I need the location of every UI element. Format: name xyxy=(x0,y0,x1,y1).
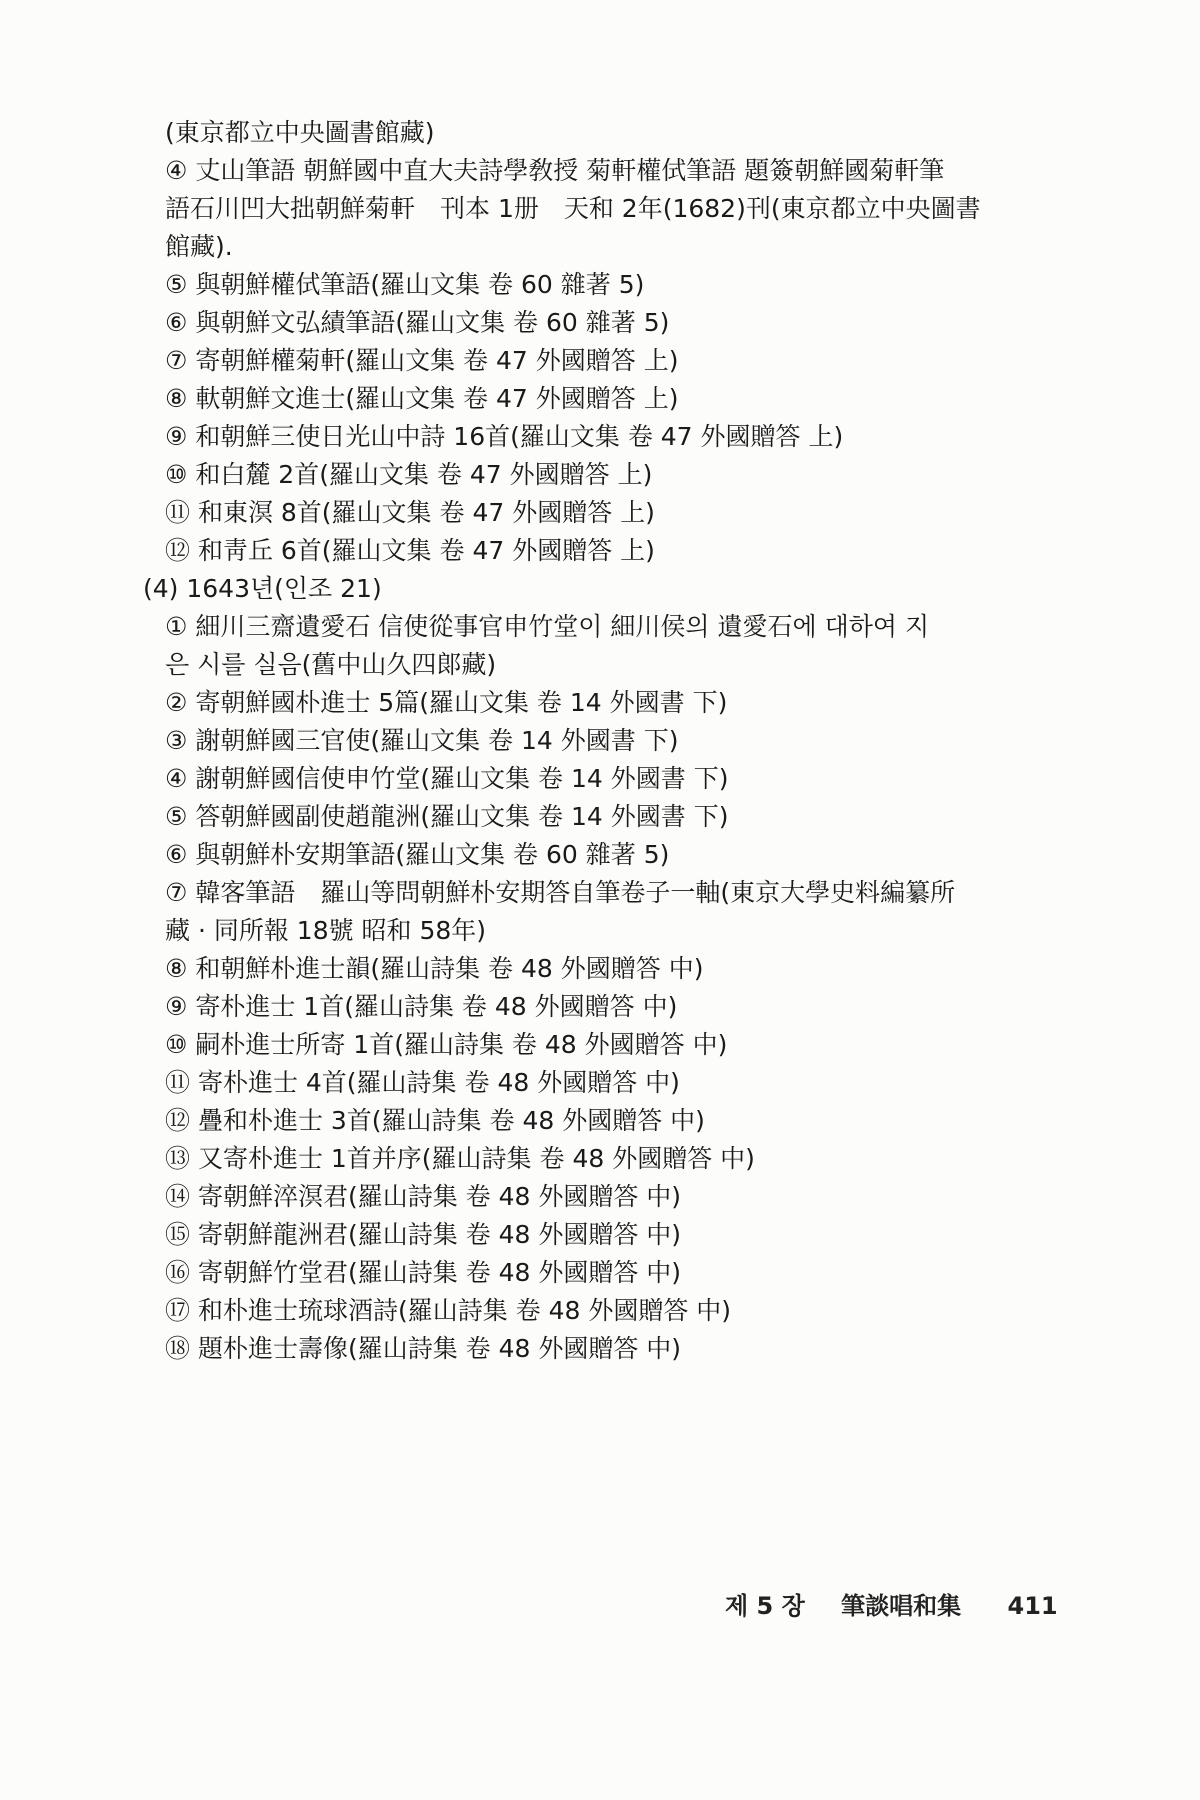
document-page: (東京都立中央圖書館藏) ④ 丈山筆語 朝鮮國中直大夫詩學敎授 菊軒權侙筆語 題… xyxy=(0,0,1200,1800)
list-item: ⑧ 和朝鮮朴進士韻(羅山詩集 卷 48 外國贈答 中) xyxy=(165,952,703,986)
page-footer: 제 5 장 筆談唱和集 411 xyxy=(725,1586,1058,1621)
list-item: ⑨ 寄朴進士 1首(羅山詩集 卷 48 外國贈答 中) xyxy=(165,990,677,1024)
list-item: ⑩ 嗣朴進士所寄 1首(羅山詩集 卷 48 外國贈答 中) xyxy=(165,1028,727,1062)
list-item: ⑧ 軑朝鮮文進士(羅山文集 卷 47 外國贈答 上) xyxy=(165,382,678,416)
list-item: ⑪ 和東溟 8首(羅山文集 卷 47 外國贈答 上) xyxy=(165,496,655,530)
list-item: ③ 謝朝鮮國三官使(羅山文集 卷 14 外國書 下) xyxy=(165,724,678,758)
list-item: ⑯ 寄朝鮮竹堂君(羅山詩集 卷 48 外國贈答 中) xyxy=(165,1256,681,1290)
list-item: ⑥ 與朝鮮文弘績筆語(羅山文集 卷 60 雜著 5) xyxy=(165,306,669,340)
list-item: ④ 丈山筆語 朝鮮國中直大夫詩學敎授 菊軒權侙筆語 題簽朝鮮國菊軒筆 xyxy=(165,154,944,188)
list-item: ⑱ 題朴進士壽像(羅山詩集 卷 48 外國贈答 中) xyxy=(165,1332,681,1366)
list-item: ② 寄朝鮮國朴進士 5篇(羅山文集 卷 14 外國書 下) xyxy=(165,686,727,720)
page-number: 411 xyxy=(1008,1592,1058,1620)
list-item: ⑪ 寄朴進士 4首(羅山詩集 卷 48 外國贈答 中) xyxy=(165,1066,680,1100)
text-line: 語石川凹大拙朝鮮菊軒 刊本 1册 天和 2年(1682)刊(東京都立中央圖書 xyxy=(165,192,981,226)
text-line: 館藏). xyxy=(165,230,233,264)
list-item: ④ 謝朝鮮國信使申竹堂(羅山文集 卷 14 外國書 下) xyxy=(165,762,728,796)
text-line: 은 시를 실음(舊中山久四郞藏) xyxy=(165,648,496,682)
section-heading: (4) 1643년(인조 21) xyxy=(143,572,382,606)
text-line: 藏 · 同所報 18號 昭和 58年) xyxy=(165,914,486,948)
list-item: ⑫ 疊和朴進士 3首(羅山詩集 卷 48 外國贈答 中) xyxy=(165,1104,705,1138)
chapter-label: 제 5 장 xyxy=(725,1586,805,1621)
list-item: ⑨ 和朝鮮三使日光山中詩 16首(羅山文集 卷 47 外國贈答 上) xyxy=(165,420,843,454)
text-line: (東京都立中央圖書館藏) xyxy=(165,116,435,150)
list-item: ⑥ 與朝鮮朴安期筆語(羅山文集 卷 60 雜著 5) xyxy=(165,838,669,872)
list-item: ⑮ 寄朝鮮龍洲君(羅山詩集 卷 48 外國贈答 中) xyxy=(165,1218,681,1252)
chapter-title: 筆談唱和集 xyxy=(841,1586,961,1621)
list-item: ⑦ 韓客筆語 羅山等問朝鮮朴安期答自筆卷子一軸(東京大學史料編纂所 xyxy=(165,876,955,910)
list-item: ⑫ 和靑丘 6首(羅山文集 卷 47 外國贈答 上) xyxy=(165,534,655,568)
list-item: ⑭ 寄朝鮮淬溟君(羅山詩集 卷 48 外國贈答 中) xyxy=(165,1180,681,1214)
list-item: ⑦ 寄朝鮮權菊軒(羅山文集 卷 47 外國贈答 上) xyxy=(165,344,678,378)
list-item: ⑰ 和朴進士琉球酒詩(羅山詩集 卷 48 外國贈答 中) xyxy=(165,1294,731,1328)
list-item: ⑩ 和白麓 2首(羅山文集 卷 47 外國贈答 上) xyxy=(165,458,652,492)
list-item: ⑤ 答朝鮮國副使趙龍洲(羅山文集 卷 14 外國書 下) xyxy=(165,800,728,834)
list-item: ① 細川三齋遺愛石 信使從事官申竹堂이 細川侯의 遺愛石에 대하여 지 xyxy=(165,610,929,644)
list-item: ⑤ 與朝鮮權侙筆語(羅山文集 卷 60 雜著 5) xyxy=(165,268,644,302)
list-item: ⑬ 又寄朴進士 1首并序(羅山詩集 卷 48 外國贈答 中) xyxy=(165,1142,755,1176)
